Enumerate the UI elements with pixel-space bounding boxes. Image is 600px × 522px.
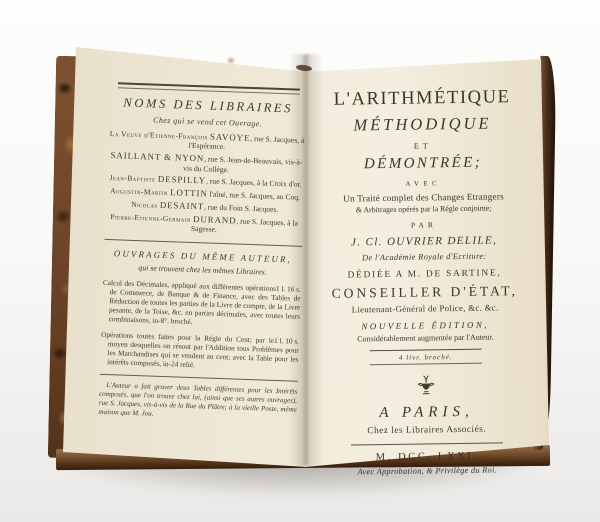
imprint-year: M. DCC. LXXI. bbox=[318, 450, 536, 464]
book-photo: NOMS DES LIBRAIRES Chez qui se vend cet … bbox=[0, 0, 600, 522]
ouvrage-description: Opérations toutes faites pour la Régle d… bbox=[101, 330, 299, 370]
author-footnote: L'Auteur a fait graver deux Tables diffé… bbox=[98, 381, 297, 423]
libraires-list: La Veuve d'Etienne-François SAVOYE, rue … bbox=[105, 129, 306, 237]
avec-label: AVEC bbox=[314, 179, 532, 189]
ouvrage-entry: 1 l. 16 s.Calcul des Décimales, appliqué… bbox=[102, 277, 301, 329]
author-name: J. Cl. OUVRIER DELILE, bbox=[315, 234, 533, 249]
libraire-surname: DESAINT bbox=[160, 200, 205, 212]
left-page-text: NOMS DES LIBRAIRES Chez qui se vend cet … bbox=[98, 82, 308, 423]
libraire-entry: Pierre-Etienne-Germain DURAND, rue S. Ja… bbox=[105, 212, 304, 238]
dedication-line-3: Lieutenant-Général de Police, &c. &c. bbox=[316, 302, 534, 315]
libraire-address: , rue S. Jacques, à la Croix d'or. bbox=[206, 177, 302, 189]
libraire-surname: LOTTIN bbox=[170, 187, 208, 198]
title-line-3: ET bbox=[314, 140, 532, 152]
open-book: NOMS DES LIBRAIRES Chez qui se vend cet … bbox=[0, 0, 600, 522]
left-page-subheading: Chez qui se vend cet Ouvrage. bbox=[109, 114, 307, 130]
imprint-rule bbox=[351, 442, 503, 445]
foxing-spot bbox=[228, 58, 234, 63]
libraire-address: , rue du Foin S. Jacques. bbox=[204, 202, 279, 214]
price-label-box: 4 livr. broché. bbox=[370, 349, 482, 366]
title-page-text: L'ARITHMÉTIQUE MÉTHODIQUE ET DÉMONTRÉE; … bbox=[313, 87, 536, 477]
edition-label: NOUVELLE ÉDITION, bbox=[316, 319, 534, 332]
imprint-city: A PARIS, bbox=[317, 403, 535, 423]
ouvrage-description: Calcul des Décimales, appliqué aux diffé… bbox=[103, 277, 301, 326]
title-line-4: DÉMONTRÉE; bbox=[314, 154, 532, 174]
libraire-forename: Nicolas bbox=[131, 200, 160, 210]
urn-floral-ornament-icon bbox=[317, 372, 535, 398]
left-page-heading: NOMS DES LIBRAIRES bbox=[109, 95, 307, 117]
dedication-line-2: CONSEILLER D'ÉTAT, bbox=[316, 283, 534, 302]
ouvrage-entry: 1 l. 10 s.Opérations toutes faites pour … bbox=[100, 330, 299, 373]
libraire-forename: Pierre-Etienne-Germain bbox=[110, 212, 193, 224]
libraire-forename: Augustin-Martin bbox=[110, 186, 170, 197]
author-title: De l'Académie Royale d'Ecriture: bbox=[315, 251, 533, 263]
subtitle-line-2: & Arbitrages opérés par la Régle conjoin… bbox=[315, 203, 533, 215]
libraire-address: l'aîné, rue S. Jacques, au Coq. bbox=[207, 190, 300, 202]
title-line-2: MÉTHODIQUE bbox=[313, 113, 531, 136]
libraire-forename: Jean-Baptiste bbox=[109, 173, 158, 184]
libraire-surname: SAILLANT & NYON bbox=[110, 150, 204, 163]
libraire-surname: DESPILLY bbox=[158, 174, 207, 186]
imprint-publisher: Chez les Libraires Associés. bbox=[318, 424, 536, 437]
footnote-divider-rule bbox=[100, 374, 298, 382]
par-label: PAR bbox=[315, 219, 533, 231]
title-line-1: L'ARITHMÉTIQUE bbox=[313, 87, 531, 111]
edition-note: Considérablement augmentée par l'Auteur. bbox=[316, 332, 534, 344]
libraire-forename: La Veuve d'Etienne-François bbox=[110, 129, 210, 141]
section-divider-rule bbox=[104, 239, 302, 247]
subtitle-line-1: Un Traité complet des Changes Etrangers bbox=[314, 191, 532, 204]
dedication-line-1: DÉDIÉE A M. DE SARTINE, bbox=[316, 268, 534, 281]
same-author-subheading: qui se trouvent chez les mêmes Libraires… bbox=[103, 261, 301, 277]
